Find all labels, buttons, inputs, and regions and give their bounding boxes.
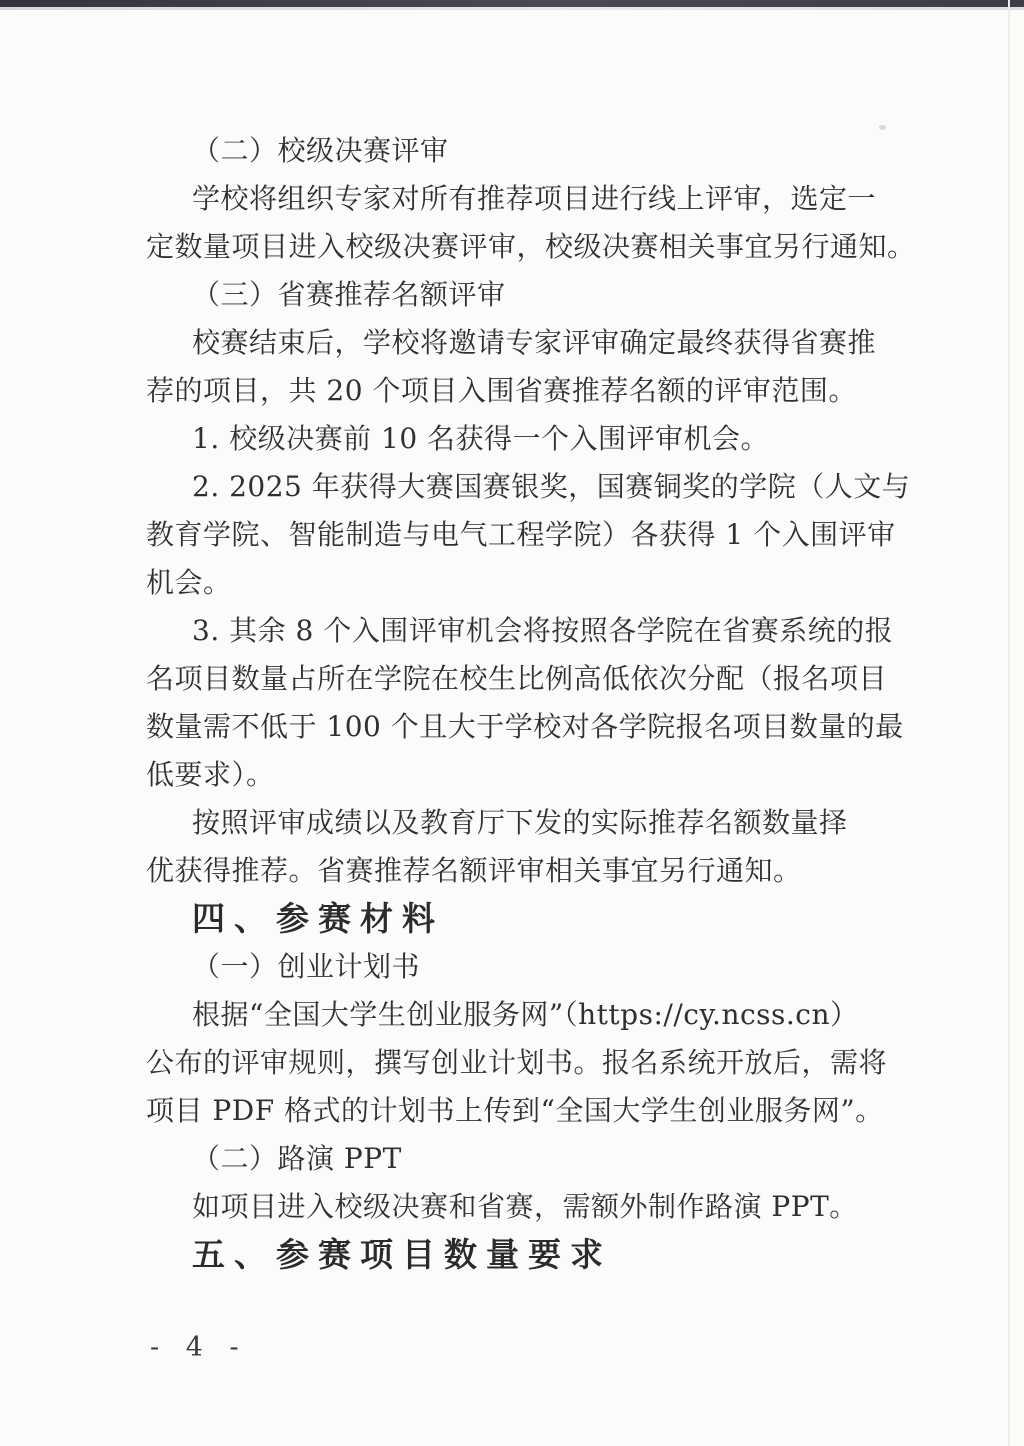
scanned-document-page: （二）校级决赛评审学校将组织专家对所有推荐项目进行线上评审，选定一定数量项目进入…: [0, 0, 1024, 1446]
text-line: （二）路演 PPT: [146, 1135, 906, 1183]
text-line: 按照评审成绩以及教育厅下发的实际推荐名额数量择: [146, 799, 906, 847]
text-line: 机会。: [146, 559, 906, 607]
scan-artifact-right-line: [1008, 0, 1010, 1446]
text-line: 根据“全国大学生创业服务网”（https://cy.ncss.cn）: [146, 991, 906, 1039]
text-line: （一）创业计划书: [146, 943, 906, 991]
text-line: （二）校级决赛评审: [146, 127, 906, 175]
scan-artifact-top-edge: [0, 0, 1024, 7]
text-line: 优获得推荐。省赛推荐名额评审相关事宜另行通知。: [146, 847, 906, 895]
text-line: 项目 PDF 格式的计划书上传到“全国大学生创业服务网”。: [146, 1087, 906, 1135]
text-line: 数量需不低于 100 个且大于学校对各学院报名项目数量的最: [146, 703, 906, 751]
section-heading: 四、参赛材料: [146, 895, 906, 943]
text-line: 如项目进入校级决赛和省赛，需额外制作路演 PPT。: [146, 1183, 906, 1231]
text-line: 低要求）。: [146, 751, 906, 799]
document-body: （二）校级决赛评审学校将组织专家对所有推荐项目进行线上评审，选定一定数量项目进入…: [146, 127, 906, 1279]
text-line: 校赛结束后，学校将邀请专家评审确定最终获得省赛推: [146, 319, 906, 367]
text-line: 3. 其余 8 个入围评审机会将按照各学院在省赛系统的报: [146, 607, 906, 655]
section-heading: 五、参赛项目数量要求: [146, 1231, 906, 1279]
page-number: - 4 -: [150, 1324, 248, 1372]
text-line: （三）省赛推荐名额评审: [146, 271, 906, 319]
text-line: 1. 校级决赛前 10 名获得一个入围评审机会。: [146, 415, 906, 463]
text-line: 公布的评审规则，撰写创业计划书。报名系统开放后，需将: [146, 1039, 906, 1087]
text-line: 学校将组织专家对所有推荐项目进行线上评审，选定一: [146, 175, 906, 223]
text-line: 教育学院、智能制造与电气工程学院）各获得 1 个入围评审: [146, 511, 906, 559]
text-line: 荐的项目，共 20 个项目入围省赛推荐名额的评审范围。: [146, 367, 906, 415]
text-line: 2. 2025 年获得大赛国赛银奖，国赛铜奖的学院（人文与: [146, 463, 906, 511]
scan-artifact-top-edge-shadow: [0, 7, 1024, 10]
text-line: 定数量项目进入校级决赛评审，校级决赛相关事宜另行通知。: [146, 223, 906, 271]
text-line: 名项目数量占所在学院在校生比例高低依次分配（报名项目: [146, 655, 906, 703]
